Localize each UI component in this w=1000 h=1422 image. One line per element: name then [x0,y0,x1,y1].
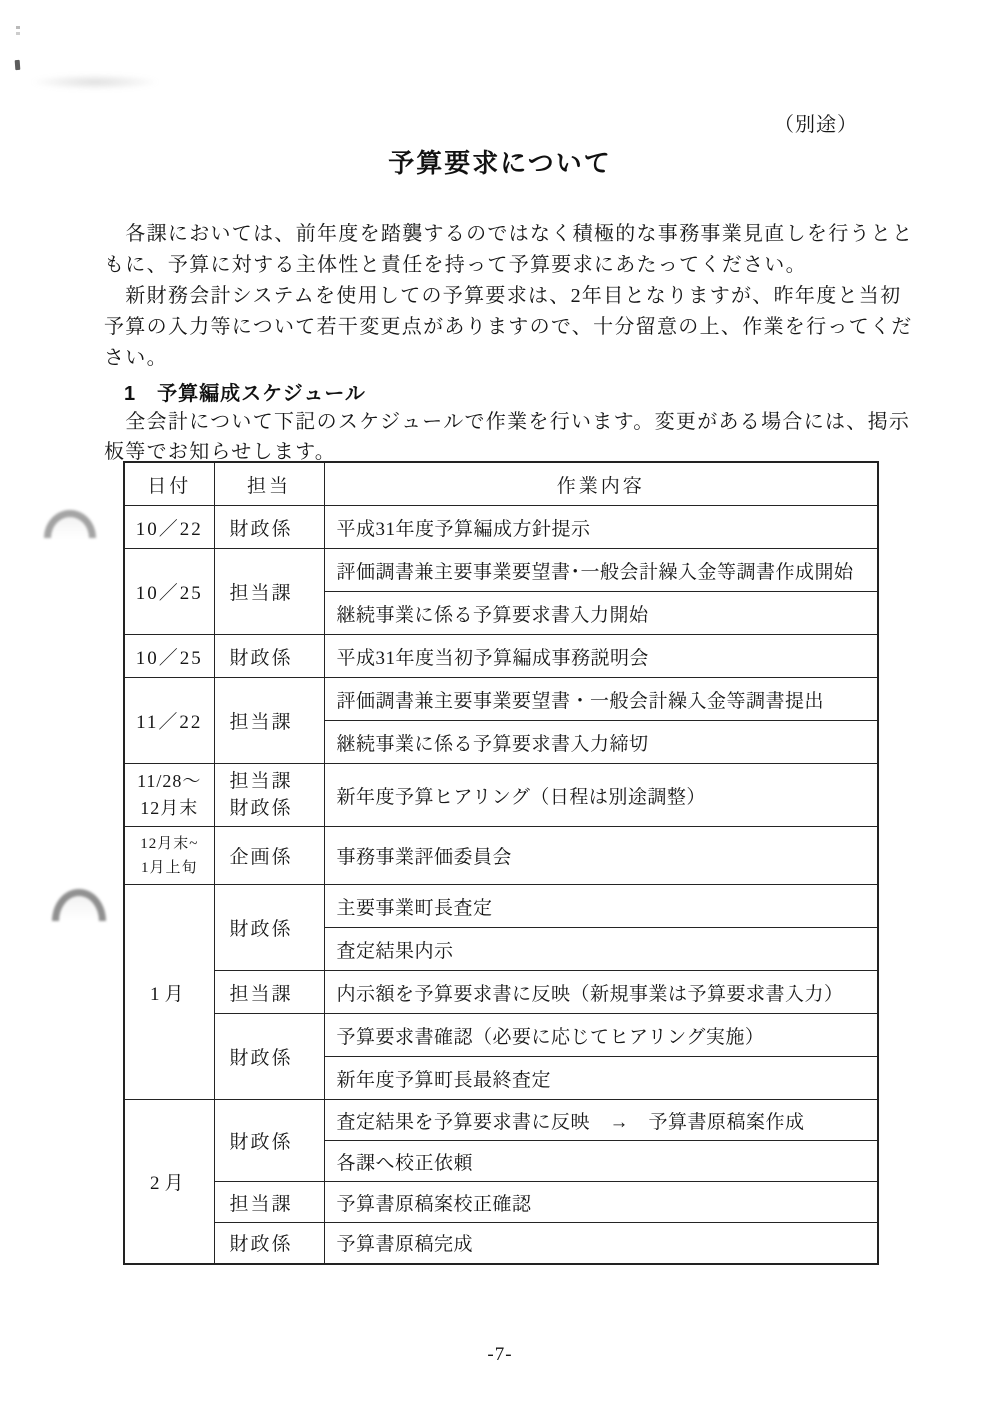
cell-owner: 担当課 財政係 [214,764,324,827]
cell-task: 評価調書兼主要事業要望書・一般会計繰入金等調書提出 [324,678,878,721]
scan-smudge [30,74,160,90]
table-row: 担当課 予算書原稿案校正確認 [124,1182,878,1223]
table-row: 財政係 予算要求書確認（必要に応じてヒアリング実施） [124,1014,878,1057]
cell-task: 新年度予算ヒアリング（日程は別途調整） [324,764,878,827]
cell-owner: 財政係 [214,506,324,549]
cell-owner: 財政係 [214,885,324,971]
cell-date: 10／25 [124,635,214,678]
section-heading: 1 予算編成スケジュール [124,377,366,406]
col-header-owner: 担当 [214,462,324,506]
cell-task: 各課へ校正依頼 [324,1141,878,1182]
scan-speck-icon [15,60,21,70]
table-row: 11/28～ 12月末 担当課 財政係 新年度予算ヒアリング（日程は別途調整） [124,764,878,827]
intro-paragraph: 各課においては、前年度を踏襲するのではなく積極的な事務事業見直しを行うとと もに… [104,219,916,281]
table-row: 10／25 担当課 評価調書兼主要事業要望書･一般会計繰入金等調書作成開始 [124,549,878,592]
cell-date: 12月末~ 1月上旬 [124,827,214,885]
cell-task: 平成31年度予算編成方針提示 [324,506,878,549]
cell-date: 11/28～ 12月末 [124,764,214,827]
punch-hole-shadow [44,510,96,538]
table-row: 12月末~ 1月上旬 企画係 事務事業評価委員会 [124,827,878,885]
cell-task: 継続事業に係る予算要求書入力開始 [324,592,878,635]
cell-date: 10／25 [124,549,214,635]
cell-owner: 担当課 [214,678,324,764]
cell-owner: 財政係 [214,635,324,678]
cell-date: 11／22 [124,678,214,764]
cell-owner: 担当課 [214,1182,324,1223]
cell-task: 事務事業評価委員会 [324,827,878,885]
cell-owner: 財政係 [214,1223,324,1264]
cell-task: 予算書原稿完成 [324,1223,878,1264]
cell-owner: 財政係 [214,1100,324,1182]
cell-task: 内示額を予算要求書に反映（新規事業は予算要求書入力） [324,971,878,1014]
table-row: 1月 財政係 主要事業町長査定 [124,885,878,928]
table-row: 10／25 財政係 平成31年度当初予算編成事務説明会 [124,635,878,678]
col-header-date: 日付 [124,462,214,506]
cell-date: 2月 [124,1100,214,1264]
page-title: 予算要求について [0,143,1000,180]
cell-task: 継続事業に係る予算要求書入力締切 [324,721,878,764]
section-note: 全会計について下記のスケジュールで作業を行います。変更がある場合には、掲示 板等… [104,407,916,467]
cell-date: 10／22 [124,506,214,549]
schedule-table: 日付 担当 作業内容 10／22 財政係 平成31年度予算編成方針提示 10／2… [123,461,879,1265]
cell-task: 査定結果内示 [324,928,878,971]
cell-task: 評価調書兼主要事業要望書･一般会計繰入金等調書作成開始 [324,549,878,592]
cell-owner: 財政係 [214,1014,324,1100]
cell-owner: 担当課 [214,971,324,1014]
cell-task: 新年度予算町長最終査定 [324,1057,878,1100]
cell-task: 予算要求書確認（必要に応じてヒアリング実施） [324,1014,878,1057]
table-row: 11／22 担当課 評価調書兼主要事業要望書・一般会計繰入金等調書提出 [124,678,878,721]
cell-owner: 担当課 [214,549,324,635]
scan-speck-icon [16,26,20,29]
cell-task: 査定結果を予算要求書に反映 → 予算書原稿案作成 [324,1100,878,1141]
col-header-task: 作業内容 [324,462,878,506]
table-header-row: 日付 担当 作業内容 [124,462,878,506]
cell-task: 主要事業町長査定 [324,885,878,928]
corner-note: （別途） [774,108,858,137]
cell-task: 予算書原稿案校正確認 [324,1182,878,1223]
cell-task: 平成31年度当初予算編成事務説明会 [324,635,878,678]
punch-hole-shadow [52,889,106,921]
table-row: 財政係 予算書原稿完成 [124,1223,878,1264]
table-row: 担当課 内示額を予算要求書に反映（新規事業は予算要求書入力） [124,971,878,1014]
intro-section: 各課においては、前年度を踏襲するのではなく積極的な事務事業見直しを行うとと もに… [104,219,916,374]
intro-paragraph: 新財務会計システムを使用しての予算要求は、2年目となりますが、昨年度と当初 予算… [104,281,916,374]
document-page: （別途） 予算要求について 各課においては、前年度を踏襲するのではなく積極的な事… [0,0,1000,1422]
table-row: 10／22 財政係 平成31年度予算編成方針提示 [124,506,878,549]
table-row: 2月 財政係 査定結果を予算要求書に反映 → 予算書原稿案作成 [124,1100,878,1141]
cell-date: 1月 [124,885,214,1100]
cell-owner: 企画係 [214,827,324,885]
page-number: -7- [0,1344,1000,1366]
